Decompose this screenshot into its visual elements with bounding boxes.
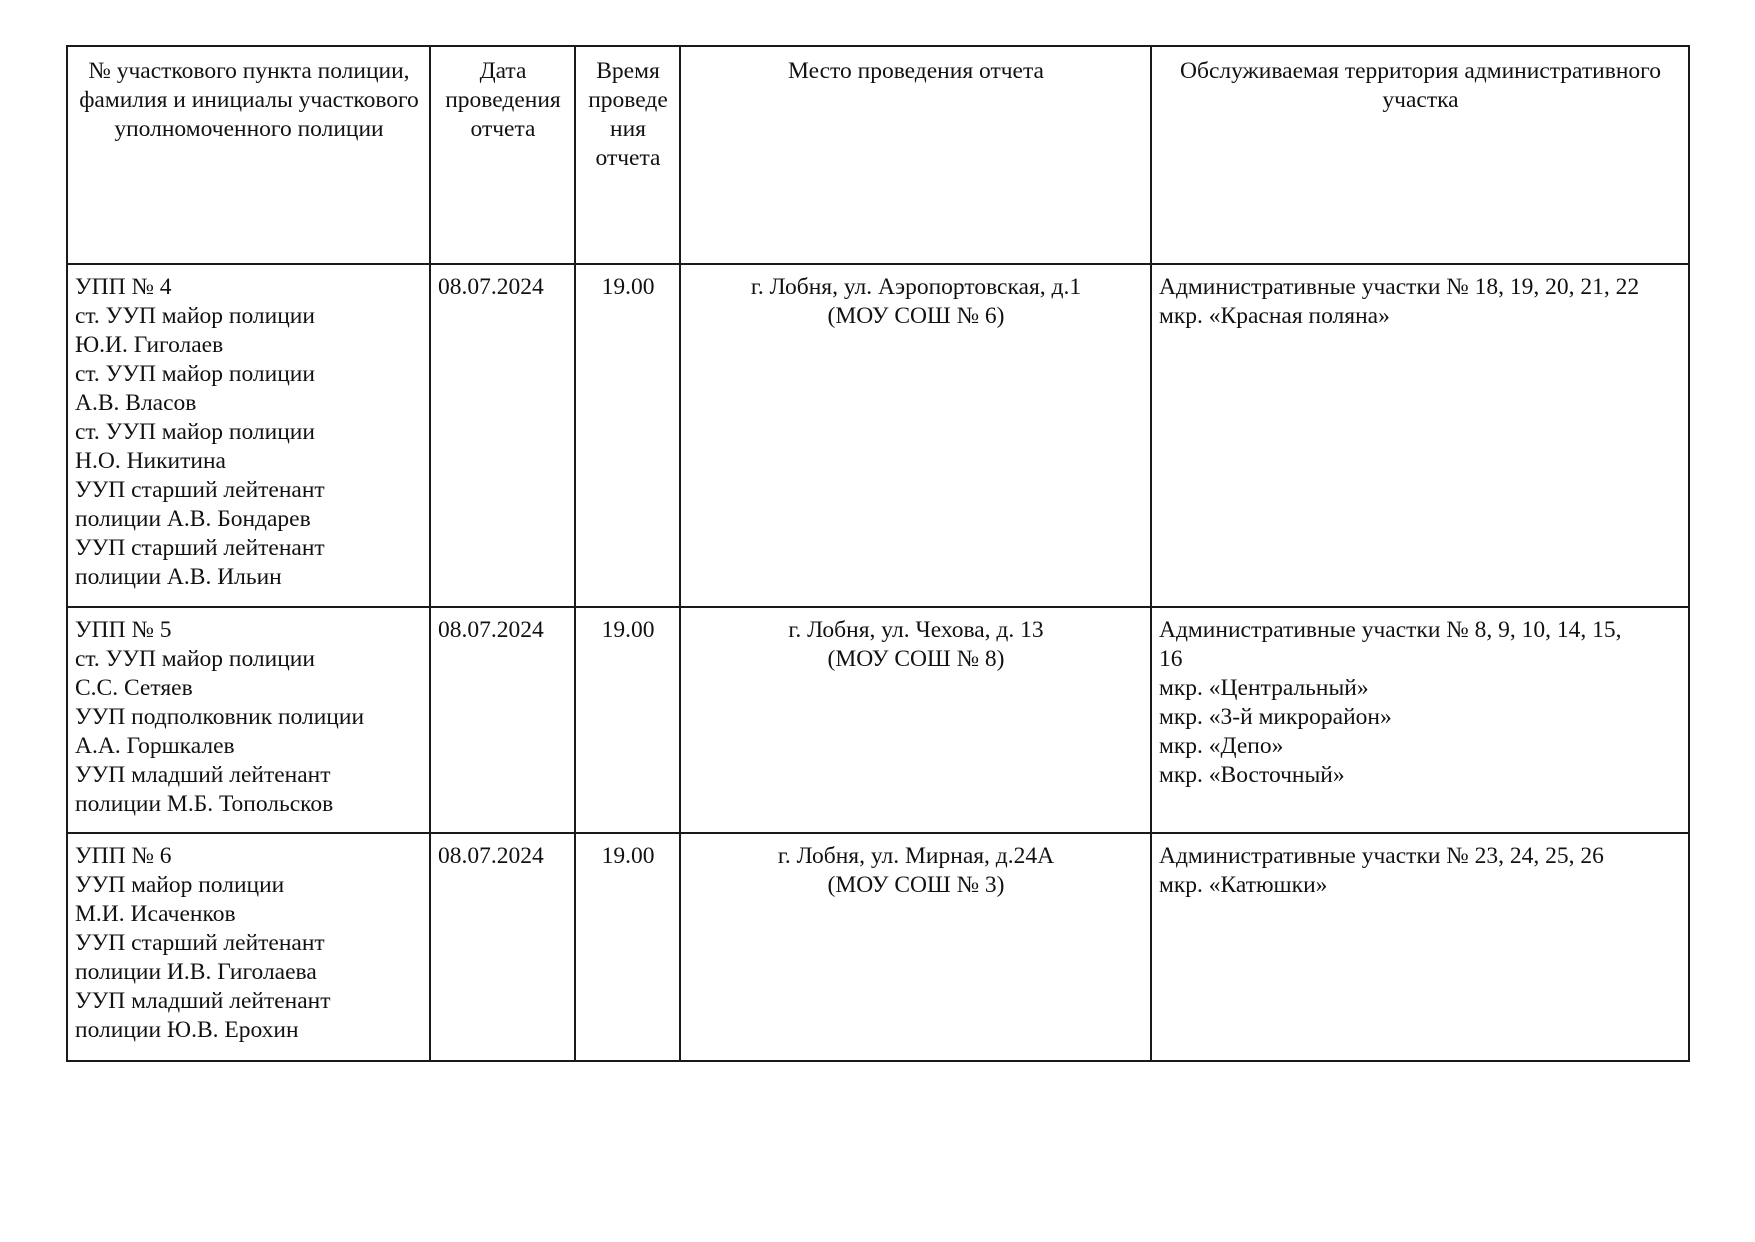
text-line: мкр. «Депо» — [1159, 732, 1682, 761]
cell-territory: Административные участки № 23, 24, 25, 2… — [1151, 833, 1689, 1061]
text-line: г. Лобня, ул. Аэропортовская, д.1 — [688, 273, 1144, 302]
header-place: Место проведения отчета — [680, 46, 1151, 264]
text-line: УУП старший лейтенант — [75, 534, 423, 563]
text-line: полиции И.В. Гиголаева — [75, 958, 423, 987]
header-time: Времяпроведенияотчета — [575, 46, 680, 264]
header-territory: Обслуживаемая территория административно… — [1151, 46, 1689, 264]
text-line: полиции М.Б. Топольсков — [75, 790, 423, 819]
text-line: (МОУ СОШ № 6) — [688, 302, 1144, 331]
text-line: А.В. Власов — [75, 389, 423, 418]
text-line: мкр. «Катюшки» — [1159, 871, 1682, 900]
cell-officers: УПП № 5ст. УУП майор полицииС.С. СетяевУ… — [67, 607, 430, 833]
text-line: полиции Ю.В. Ерохин — [75, 1016, 423, 1045]
text-line: (МОУ СОШ № 3) — [688, 871, 1144, 900]
text-line: Административные участки № 8, 9, 10, 14,… — [1159, 616, 1682, 645]
text-line: ст. УУП майор полиции — [75, 645, 423, 674]
text-line: мкр. «Центральный» — [1159, 674, 1682, 703]
text-line: Административные участки № 18, 19, 20, 2… — [1159, 273, 1682, 302]
text-line: УУП майор полиции — [75, 871, 423, 900]
cell-territory: Административные участки № 8, 9, 10, 14,… — [1151, 607, 1689, 833]
cell-time: 19.00 — [575, 607, 680, 833]
text-line: ст. УУП майор полиции — [75, 302, 423, 331]
text-line: полиции А.В. Бондарев — [75, 505, 423, 534]
text-line: УУП старший лейтенант — [75, 929, 423, 958]
header-officer: № участкового пункта полиции, фамилия и … — [67, 46, 430, 264]
table-row: УПП № 6УУП майор полицииМ.И. ИсаченковУУ… — [67, 833, 1689, 1061]
cell-date: 08.07.2024 — [430, 607, 575, 833]
table-header-row: № участкового пункта полиции, фамилия и … — [67, 46, 1689, 264]
text-line: УУП старший лейтенант — [75, 476, 423, 505]
text-line: УПП № 5 — [75, 616, 423, 645]
header-date: Дата проведения отчета — [430, 46, 575, 264]
text-line: УУП младший лейтенант — [75, 987, 423, 1016]
text-line: А.А. Горшкалев — [75, 732, 423, 761]
text-line: Н.О. Никитина — [75, 447, 423, 476]
text-line: мкр. «Красная поляна» — [1159, 302, 1682, 331]
text-line: ст. УУП майор полиции — [75, 360, 423, 389]
table-row: УПП № 4ст. УУП майор полицииЮ.И. Гиголае… — [67, 264, 1689, 607]
cell-time: 19.00 — [575, 264, 680, 607]
text-line: ст. УУП майор полиции — [75, 418, 423, 447]
text-line: г. Лобня, ул. Мирная, д.24А — [688, 842, 1144, 871]
report-schedule-table: № участкового пункта полиции, фамилия и … — [66, 45, 1690, 1062]
cell-officers: УПП № 6УУП майор полицииМ.И. ИсаченковУУ… — [67, 833, 430, 1061]
cell-place: г. Лобня, ул. Чехова, д. 13(МОУ СОШ № 8) — [680, 607, 1151, 833]
text-line: УПП № 6 — [75, 842, 423, 871]
text-line: Административные участки № 23, 24, 25, 2… — [1159, 842, 1682, 871]
cell-date: 08.07.2024 — [430, 264, 575, 607]
text-line: С.С. Сетяев — [75, 674, 423, 703]
text-line: г. Лобня, ул. Чехова, д. 13 — [688, 616, 1144, 645]
text-line: (МОУ СОШ № 8) — [688, 645, 1144, 674]
text-line: 16 — [1159, 645, 1682, 674]
text-line: УУП младший лейтенант — [75, 761, 423, 790]
text-line: мкр. «3-й микрорайон» — [1159, 703, 1682, 732]
cell-place: г. Лобня, ул. Мирная, д.24А(МОУ СОШ № 3) — [680, 833, 1151, 1061]
text-line: УУП подполковник полиции — [75, 703, 423, 732]
cell-place: г. Лобня, ул. Аэропортовская, д.1(МОУ СО… — [680, 264, 1151, 607]
table-row: УПП № 5ст. УУП майор полицииС.С. СетяевУ… — [67, 607, 1689, 833]
cell-territory: Административные участки № 18, 19, 20, 2… — [1151, 264, 1689, 607]
cell-date: 08.07.2024 — [430, 833, 575, 1061]
text-line: Ю.И. Гиголаев — [75, 331, 423, 360]
text-line: мкр. «Восточный» — [1159, 761, 1682, 790]
cell-officers: УПП № 4ст. УУП майор полицииЮ.И. Гиголае… — [67, 264, 430, 607]
cell-time: 19.00 — [575, 833, 680, 1061]
text-line: УПП № 4 — [75, 273, 423, 302]
text-line: полиции А.В. Ильин — [75, 563, 423, 592]
text-line: М.И. Исаченков — [75, 900, 423, 929]
